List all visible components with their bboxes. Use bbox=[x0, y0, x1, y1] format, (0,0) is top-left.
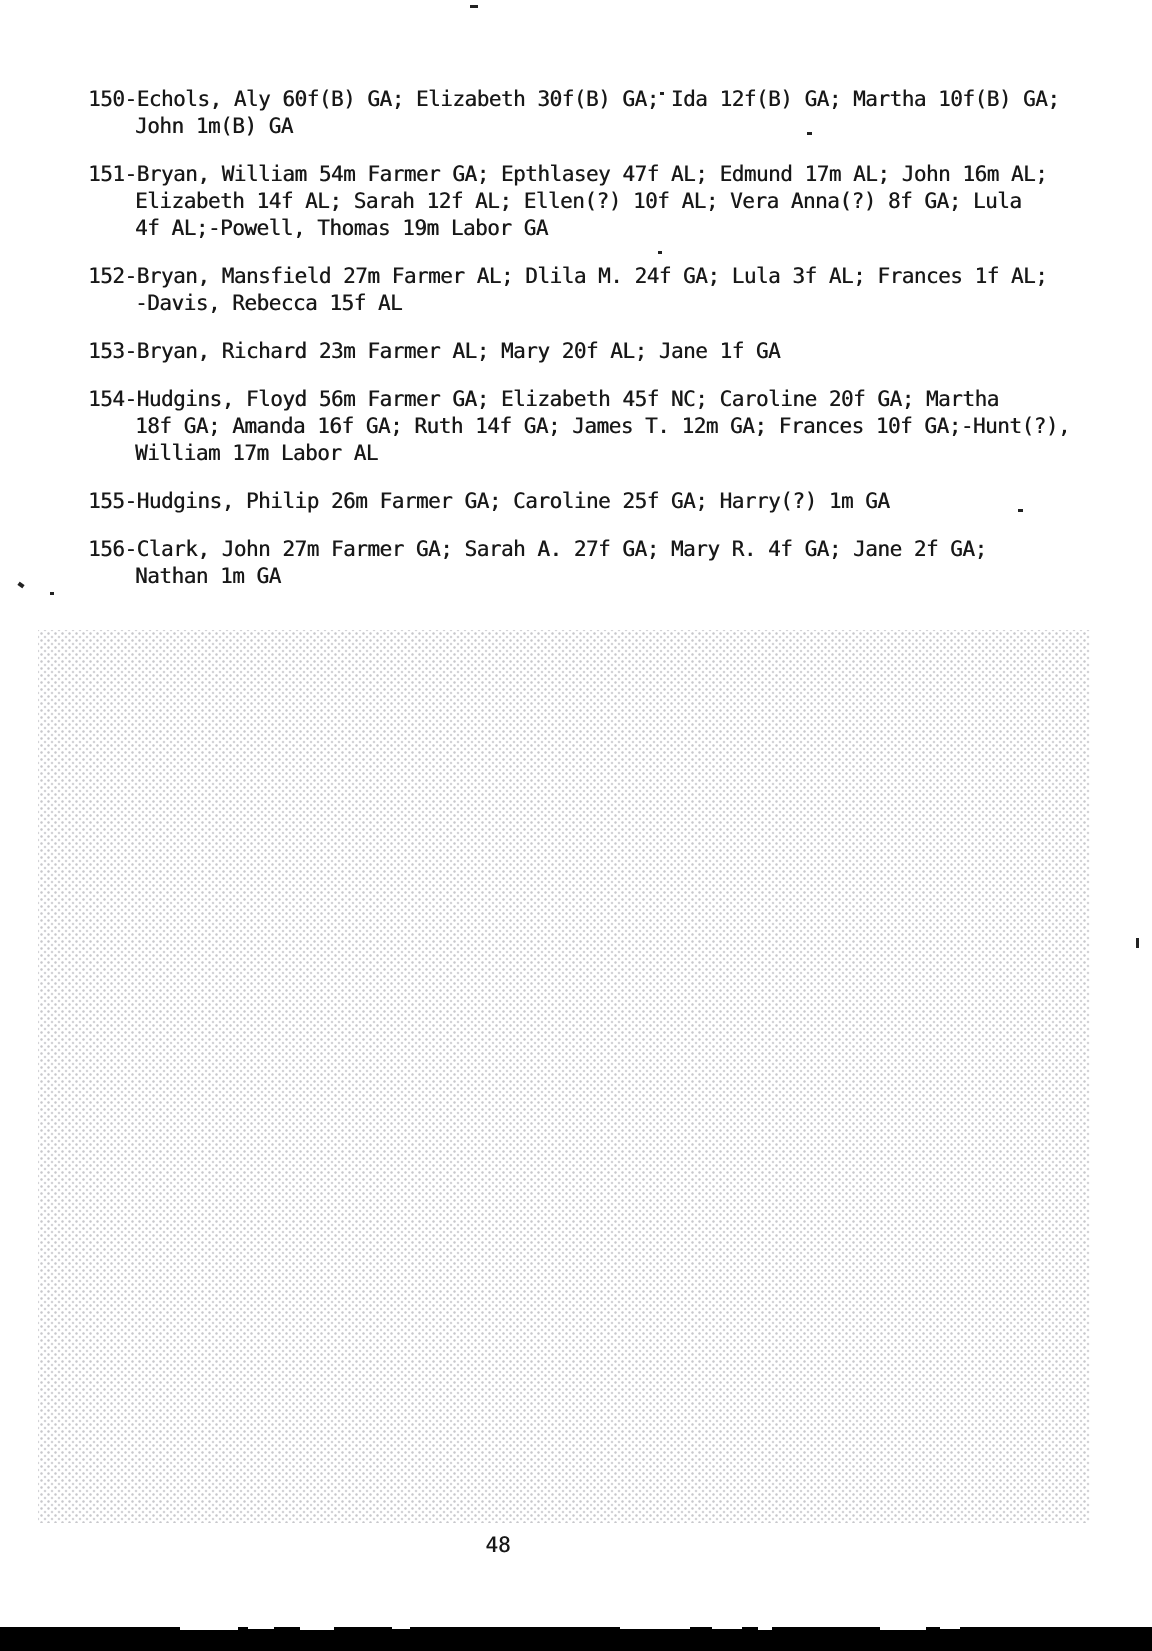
bar-notch bbox=[880, 1627, 926, 1630]
scan-speck bbox=[1136, 938, 1139, 948]
census-entry: 156-Clark, John 27m Farmer GA; Sarah A. … bbox=[88, 536, 1098, 590]
entry-line: 150-Echols, Aly 60f(B) GA; Elizabeth 30f… bbox=[88, 86, 1098, 113]
census-entry: 150-Echols, Aly 60f(B) GA; Elizabeth 30f… bbox=[88, 86, 1098, 140]
census-entry: 153-Bryan, Richard 23m Farmer AL; Mary 2… bbox=[88, 338, 1098, 365]
scan-speck bbox=[17, 582, 24, 589]
entry-line: 156-Clark, John 27m Farmer GA; Sarah A. … bbox=[88, 536, 1098, 563]
census-entry: 152-Bryan, Mansfield 27m Farmer AL; Dlil… bbox=[88, 263, 1098, 317]
entry-line: 18f GA; Amanda 16f GA; Ruth 14f GA; Jame… bbox=[135, 413, 1098, 440]
scan-speck bbox=[660, 92, 664, 95]
entry-line: 4f AL;-Powell, Thomas 19m Labor GA bbox=[135, 215, 1098, 242]
census-entry: 151-Bryan, William 54m Farmer GA; Epthla… bbox=[88, 161, 1098, 242]
bar-notch bbox=[712, 1627, 742, 1629]
scan-speck bbox=[658, 251, 662, 254]
scan-speck bbox=[470, 5, 478, 8]
bar-notch bbox=[758, 1627, 772, 1630]
scan-speck bbox=[1018, 509, 1023, 512]
scanner-edge-bar bbox=[0, 1627, 1152, 1651]
page-number: 48 bbox=[462, 1533, 534, 1557]
bar-notch bbox=[248, 1627, 274, 1629]
halftone-scan-artifact bbox=[38, 630, 1090, 1523]
entry-line: 153-Bryan, Richard 23m Farmer AL; Mary 2… bbox=[88, 338, 1098, 365]
census-entries: 150-Echols, Aly 60f(B) GA; Elizabeth 30f… bbox=[88, 86, 1098, 611]
entry-line: John 1m(B) GA bbox=[135, 113, 1098, 140]
entry-line: William 17m Labor AL bbox=[135, 440, 1098, 467]
entry-line: Nathan 1m GA bbox=[135, 563, 1098, 590]
census-entry: 155-Hudgins, Philip 26m Farmer GA; Carol… bbox=[88, 488, 1098, 515]
entry-line: 155-Hudgins, Philip 26m Farmer GA; Carol… bbox=[88, 488, 1098, 515]
scan-speck bbox=[807, 132, 812, 135]
bar-notch bbox=[180, 1627, 238, 1630]
entry-line: Elizabeth 14f AL; Sarah 12f AL; Ellen(?)… bbox=[135, 188, 1098, 215]
bar-notch bbox=[940, 1627, 960, 1629]
bar-notch bbox=[392, 1627, 410, 1629]
census-entry: 154-Hudgins, Floyd 56m Farmer GA; Elizab… bbox=[88, 386, 1098, 467]
scan-speck bbox=[50, 592, 54, 595]
entry-line: 151-Bryan, William 54m Farmer GA; Epthla… bbox=[88, 161, 1098, 188]
entry-line: 154-Hudgins, Floyd 56m Farmer GA; Elizab… bbox=[88, 386, 1098, 413]
bar-notch bbox=[620, 1627, 690, 1629]
entry-line: -Davis, Rebecca 15f AL bbox=[135, 290, 1098, 317]
scanned-document-page: 150-Echols, Aly 60f(B) GA; Elizabeth 30f… bbox=[0, 0, 1152, 1651]
bar-notch bbox=[300, 1627, 334, 1630]
entry-line: 152-Bryan, Mansfield 27m Farmer AL; Dlil… bbox=[88, 263, 1098, 290]
